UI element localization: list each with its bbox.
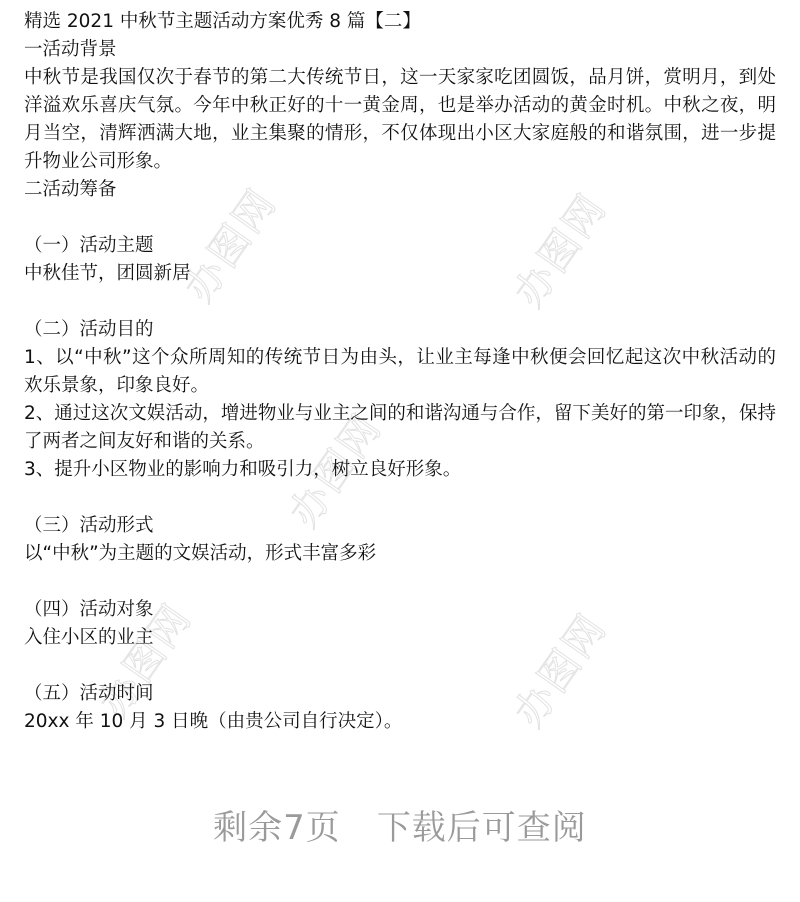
background-paragraph: 中秋节是我国仅次于春节的第二大传统节日，这一天家家吃团圆饭，品月饼，赏明月，到处… — [24, 64, 776, 176]
subheading-audience: （四）活动对象 — [24, 596, 776, 624]
purpose-item: 3、提升小区物业的影响力和吸引力，树立良好形象。 — [24, 456, 776, 484]
spacer — [24, 484, 776, 512]
document-title: 精选 2021 中秋节主题活动方案优秀 8 篇【二】 — [24, 8, 776, 36]
document-page: 精选 2021 中秋节主题活动方案优秀 8 篇【二】 一活动背景 中秋节是我国仅… — [24, 8, 776, 736]
theme-text: 中秋佳节，团圆新居 — [24, 260, 776, 288]
purpose-item: 1、以“中秋”这个众所周知的传统节日为由头，让业主每逢中秋便会回忆起这次中秋活动… — [24, 344, 776, 400]
time-text: 20xx 年 10 月 3 日晚（由贵公司自行决定）。 — [24, 708, 776, 736]
subheading-time: （五）活动时间 — [24, 680, 776, 708]
purpose-item: 2、通过这次文娱活动，增进物业与业主之间的和谐沟通与合作，留下美好的第一印象，保… — [24, 400, 776, 456]
form-text: 以“中秋”为主题的文娱活动，形式丰富多彩 — [24, 540, 776, 568]
spacer — [24, 652, 776, 680]
spacer — [24, 568, 776, 596]
section-heading-preparation: 二活动筹备 — [24, 176, 776, 204]
section-heading-background: 一活动背景 — [24, 36, 776, 64]
subheading-form: （三）活动形式 — [24, 512, 776, 540]
spacer — [24, 288, 776, 316]
spacer — [24, 204, 776, 232]
remaining-pages-label: 剩余7页 — [213, 800, 341, 849]
download-prompt[interactable]: 剩余7页下载后可查阅 — [0, 800, 800, 849]
audience-text: 入住小区的业主 — [24, 624, 776, 652]
subheading-theme: （一）活动主题 — [24, 232, 776, 260]
download-hint-label: 下载后可查阅 — [377, 800, 587, 849]
subheading-purpose: （二）活动目的 — [24, 316, 776, 344]
